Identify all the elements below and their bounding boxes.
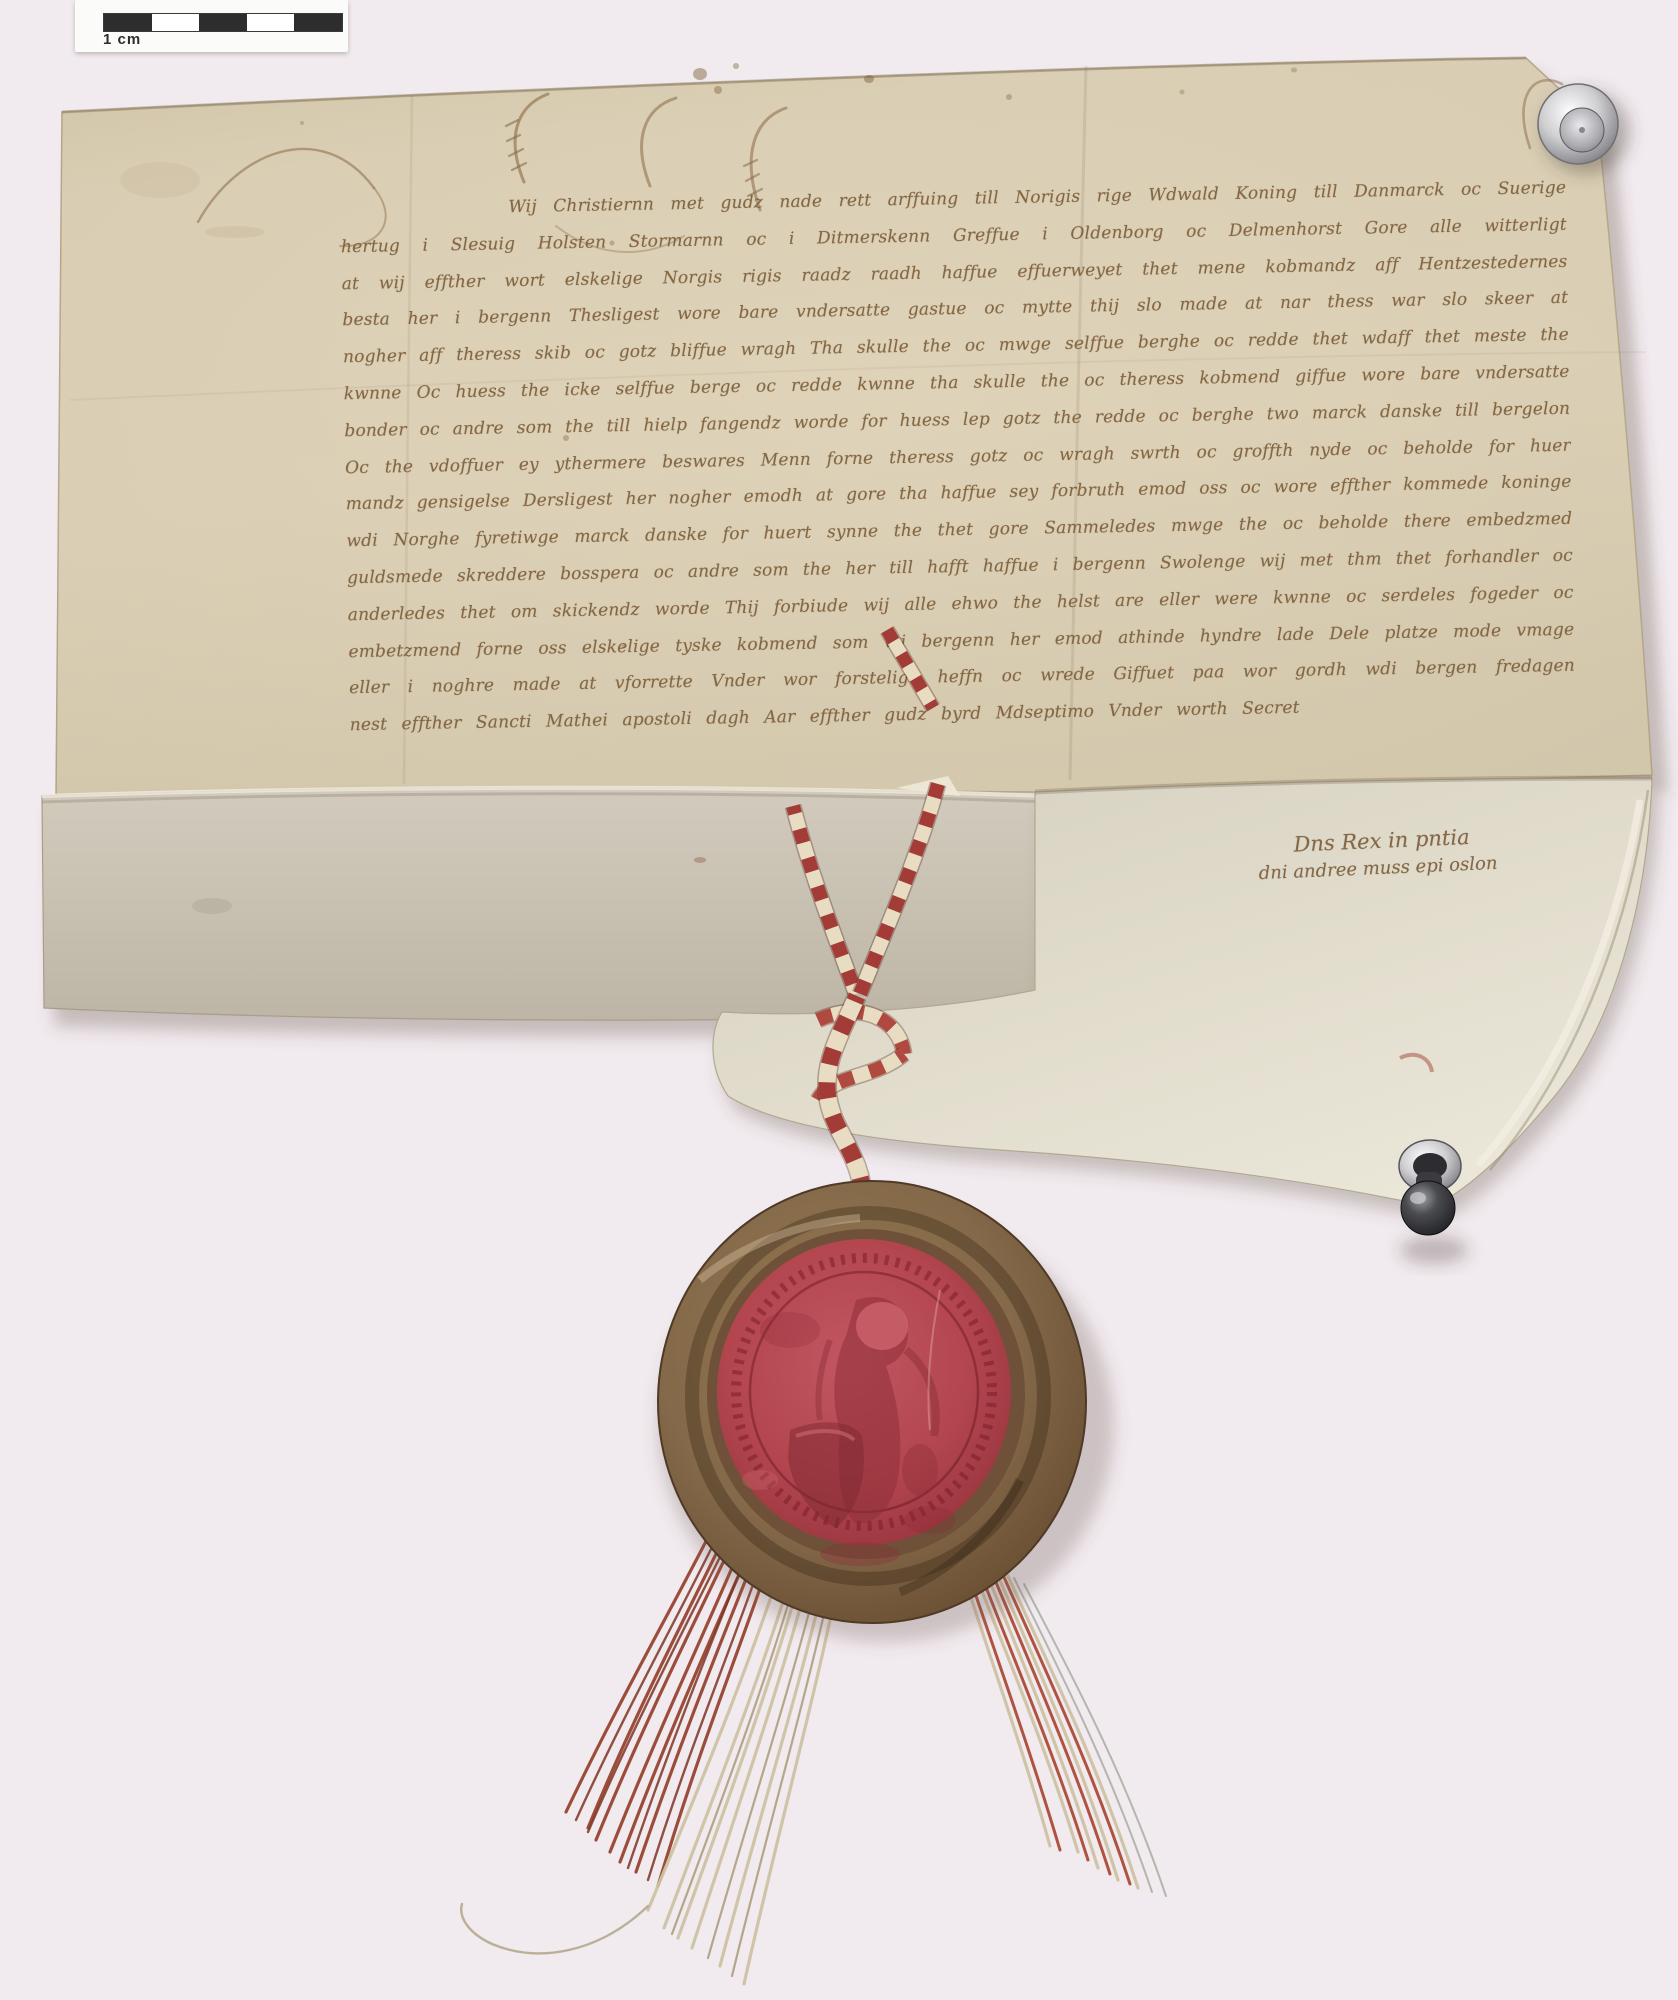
scale-card: 1 cm: [75, 0, 348, 52]
plica-smudge: [192, 898, 232, 914]
scale-segment: [200, 14, 247, 31]
stray-thread: [461, 1904, 648, 1953]
pushpin-top-right: [1538, 84, 1630, 174]
seal-and-folds-layer: [0, 0, 1678, 2000]
cord-upper-segment: [887, 630, 933, 708]
photograph-of-parchment-charter: Wij Christiernn met gudz nade rett arffu…: [0, 0, 1678, 2000]
scale-segment: [246, 14, 295, 31]
scale-label: 1 cm: [103, 31, 141, 48]
scale-segment: [151, 14, 200, 31]
seal: [658, 1181, 1114, 1642]
scale-segment: [295, 14, 342, 31]
scale-bar: [103, 13, 343, 32]
plica-ink-spot: [694, 857, 706, 863]
scale-segment: [104, 14, 151, 31]
